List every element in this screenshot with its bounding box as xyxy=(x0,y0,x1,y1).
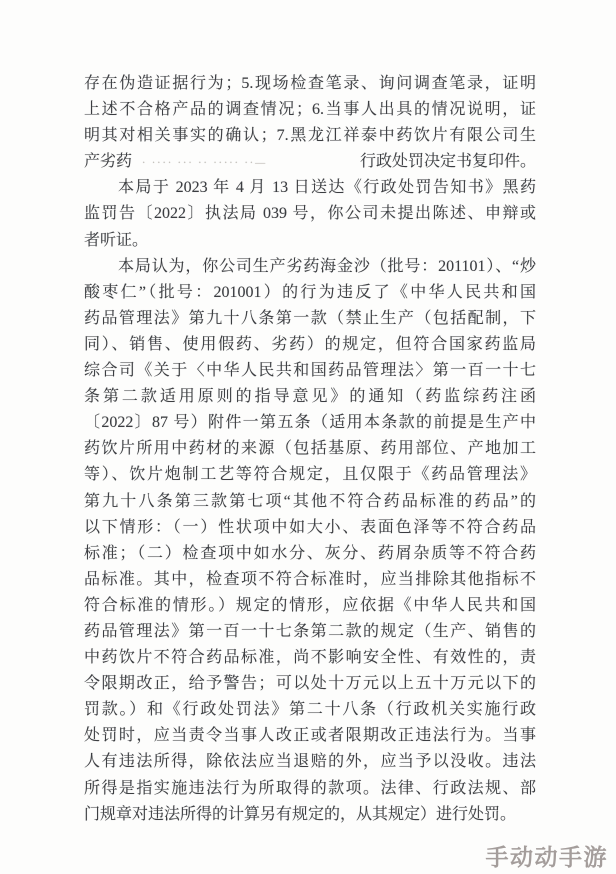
document-line: 以下情形：（一）性状项中如大小、表面色泽等不符合药品 xyxy=(84,515,536,541)
watermark: 手动动手游 xyxy=(486,839,609,872)
document-line: 明其对相关事实的确认；7.黑龙江祥泰中药饮片有限公司生 xyxy=(84,123,536,149)
paragraph: 本局认为，你公司生产劣药海金沙（批号：201101）、“炒酸枣仁”（批号：201… xyxy=(84,254,536,828)
document-line: 药饮片所用中药材的来源（包括基原、药用部位、产地加工 xyxy=(84,436,536,462)
document-line: 罚款。）和《行政处罚法》第二十八条（行政机关实施行政 xyxy=(84,697,536,723)
document-line: 处罚时，应当责令当事人改正或者限期改正违法行为。当事 xyxy=(84,723,536,749)
line-text: 行政处罚决定书复印件。 xyxy=(360,149,536,175)
document-line: 等）、饮片炮制工艺等符合规定，且仅限于《药品管理法》 xyxy=(84,462,536,488)
document-line: 中药饮片不符合药品标准，尚不影响安全性、有效性的，责 xyxy=(84,645,536,671)
document-line: 条第二款适用原则的指导意见》的通知（药监综药注函 xyxy=(84,384,536,410)
document-line: 产劣药· ···· ··· ·· ····· ··—行政处罚决定书复印件。 xyxy=(84,149,536,175)
document-line: 第九十八条第三款第七项“其他不符合药品标准的药品”的 xyxy=(84,489,536,515)
document-line: 标准；（二）检查项中如水分、灰分、药屑杂质等不符合药 xyxy=(84,541,536,567)
document-line: 综合司《关于〈中华人民共和国药品管理法〉第一百一十七 xyxy=(84,358,536,384)
document-line: 药品管理法》第一百一十七条第二款的规定（生产、销售的 xyxy=(84,619,536,645)
document-line: 品标准。其中，检查项不符合标准时，应当排除其他指标不 xyxy=(84,567,536,593)
document-line: 所得是指实施违法行为所取得的款项。法律、行政法规、部 xyxy=(84,776,536,802)
document-line: 者听证。 xyxy=(84,228,536,254)
document-line: 人有违法所得，除依法应当退赔的外，应当予以没收。违法 xyxy=(84,749,536,775)
document-line: 符合标准的情形。）规定的情形，应依据《中华人民共和国 xyxy=(84,593,536,619)
document-line: 监罚告〔2022〕执法局 039 号，你公司未提出陈述、申辩或 xyxy=(84,201,536,227)
document-text: 存在伪造证据行为；5.现场检查笔录、询问调查笔录，证明上述不合格产品的调查情况；… xyxy=(84,71,536,828)
document-line: 药品管理法》第九十八条第一款（禁止生产（包括配制，下 xyxy=(84,306,536,332)
scanned-document-page: 存在伪造证据行为；5.现场检查笔录、询问调查笔录，证明上述不合格产品的调查情况；… xyxy=(0,0,616,874)
document-line: 上述不合格产品的调查情况；6.当事人出具的情况说明，证 xyxy=(84,97,536,123)
document-line: 同）、销售、使用假药、劣药）的规定，但符合国家药监局 xyxy=(84,332,536,358)
document-line: 本局认为，你公司生产劣药海金沙（批号：201101）、“炒 xyxy=(84,254,536,280)
redacted-region: · ···· ··· ·· ····· ··— xyxy=(132,151,360,175)
paragraph: 存在伪造证据行为；5.现场检查笔录、询问调查笔录，证明上述不合格产品的调查情况；… xyxy=(84,71,536,175)
document-line: 令限期改正，给予警告；可以处十万元以上五十万元以下的 xyxy=(84,671,536,697)
document-line: 存在伪造证据行为；5.现场检查笔录、询问调查笔录，证明 xyxy=(84,71,536,97)
document-line: 本局于 2023 年 4 月 13 日送达《行政处罚告知书》黑药 xyxy=(84,175,536,201)
line-text: 产劣药 xyxy=(84,149,132,175)
document-line: 〔2022〕87 号）附件一第五条（适用本条款的前提是生产中 xyxy=(84,410,536,436)
paragraph: 本局于 2023 年 4 月 13 日送达《行政处罚告知书》黑药监罚告〔2022… xyxy=(84,175,536,253)
document-line: 门规章对违法所得的计算另有规定的，从其规定）进行处罚。 xyxy=(84,802,536,828)
document-line: 酸枣仁”（批号：201001）的行为违反了《中华人民共和国 xyxy=(84,280,536,306)
